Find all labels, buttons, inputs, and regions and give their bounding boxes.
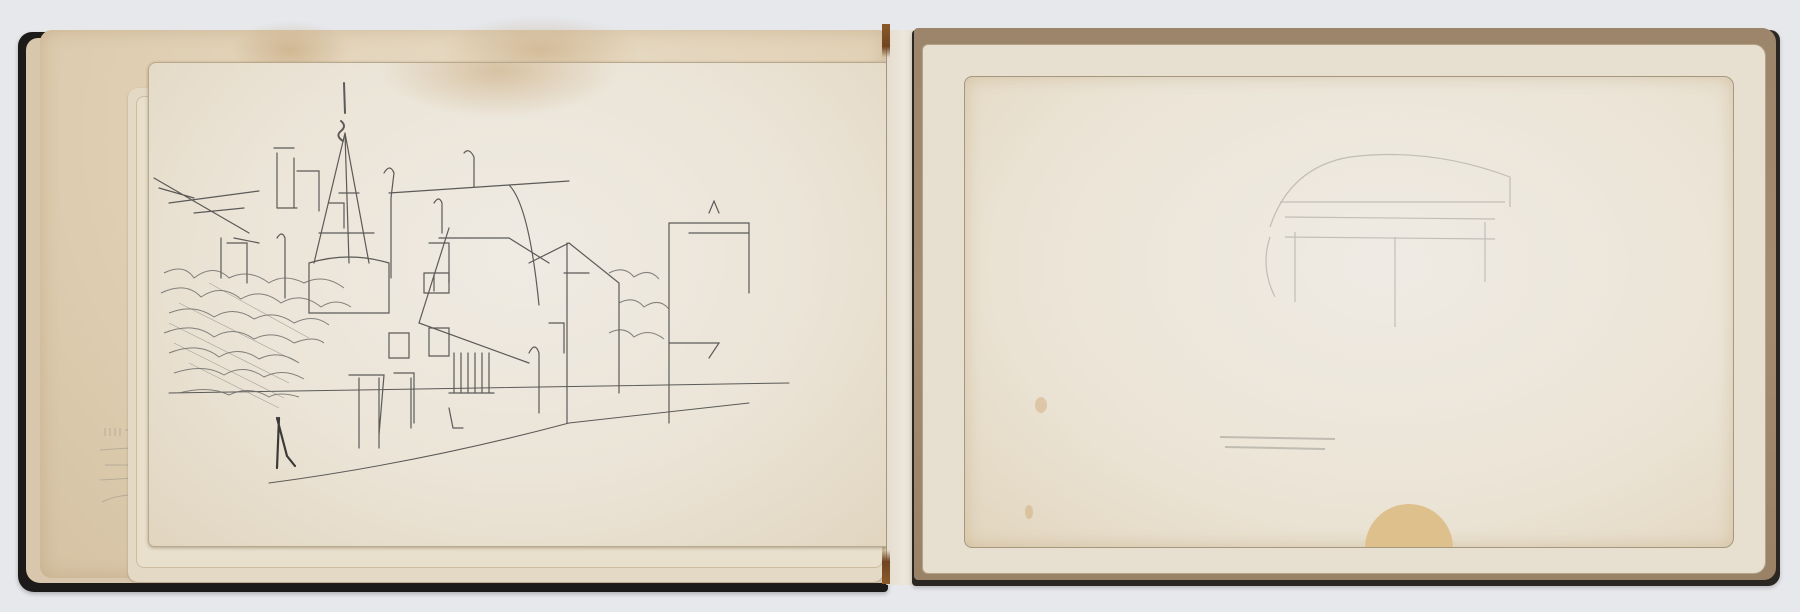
pencil-town-sketch [149,63,894,546]
sketch-page [148,62,895,547]
sketchbook-photo [0,0,1800,612]
ghost-offset-sketch [965,77,1733,547]
blank-page [964,76,1734,548]
binding-thread [882,24,890,584]
